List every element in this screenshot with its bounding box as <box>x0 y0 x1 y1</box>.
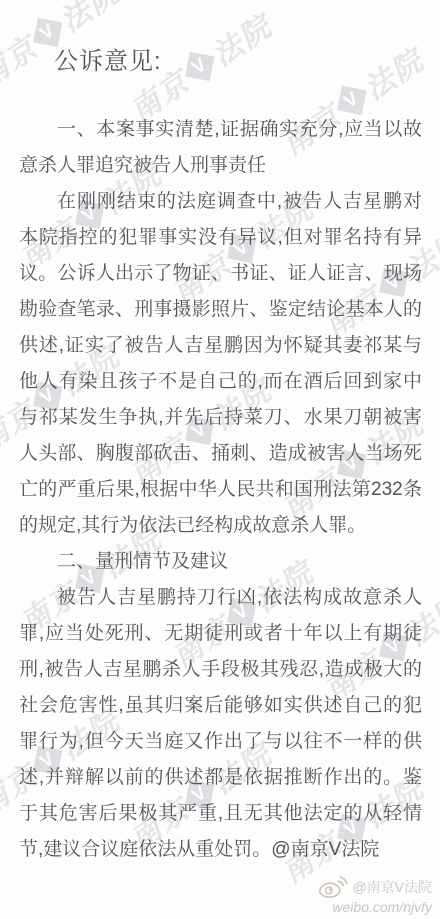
paragraph-section2-heading: 二、量刑情节及建议 <box>19 544 422 580</box>
document-body: 一、本案事实清楚,证据确实充分,应当以故意杀人罪追究被告人刑事责任 在刚刚结束的… <box>19 112 422 868</box>
weibo-credit: @南京V法院 weibo.com/njvfy <box>318 875 432 916</box>
document-content: 公诉意见: 一、本案事实清楚,证据确实充分,应当以故意杀人罪追究被告人刑事责任 … <box>0 41 440 868</box>
weibo-icon <box>318 875 348 899</box>
weibo-url: weibo.com/njvfy <box>318 899 432 916</box>
paragraph-section1-heading: 一、本案事实清楚,证据确实充分,应当以故意杀人罪追究被告人刑事责任 <box>19 112 422 184</box>
paragraph-sentencing: 被告人吉星鹏持刀行凶,依法构成故意杀人罪,应当处死刑、无期徒刑或者十年以上有期徒… <box>19 580 422 868</box>
paragraph-facts: 在刚刚结束的法庭调查中,被告人吉星鹏对本院指控的犯罪事实没有异议,但对罪名持有异… <box>19 184 422 544</box>
weibo-handle: @南京V法院 <box>352 879 432 896</box>
document-image: 南京V法院南京V法院南京V法院南京V法院南京V法院南京V法院南京V法院南京V法院… <box>0 0 440 919</box>
document-title: 公诉意见: <box>54 41 420 76</box>
watermark-court-text: 法院 <box>50 0 128 40</box>
